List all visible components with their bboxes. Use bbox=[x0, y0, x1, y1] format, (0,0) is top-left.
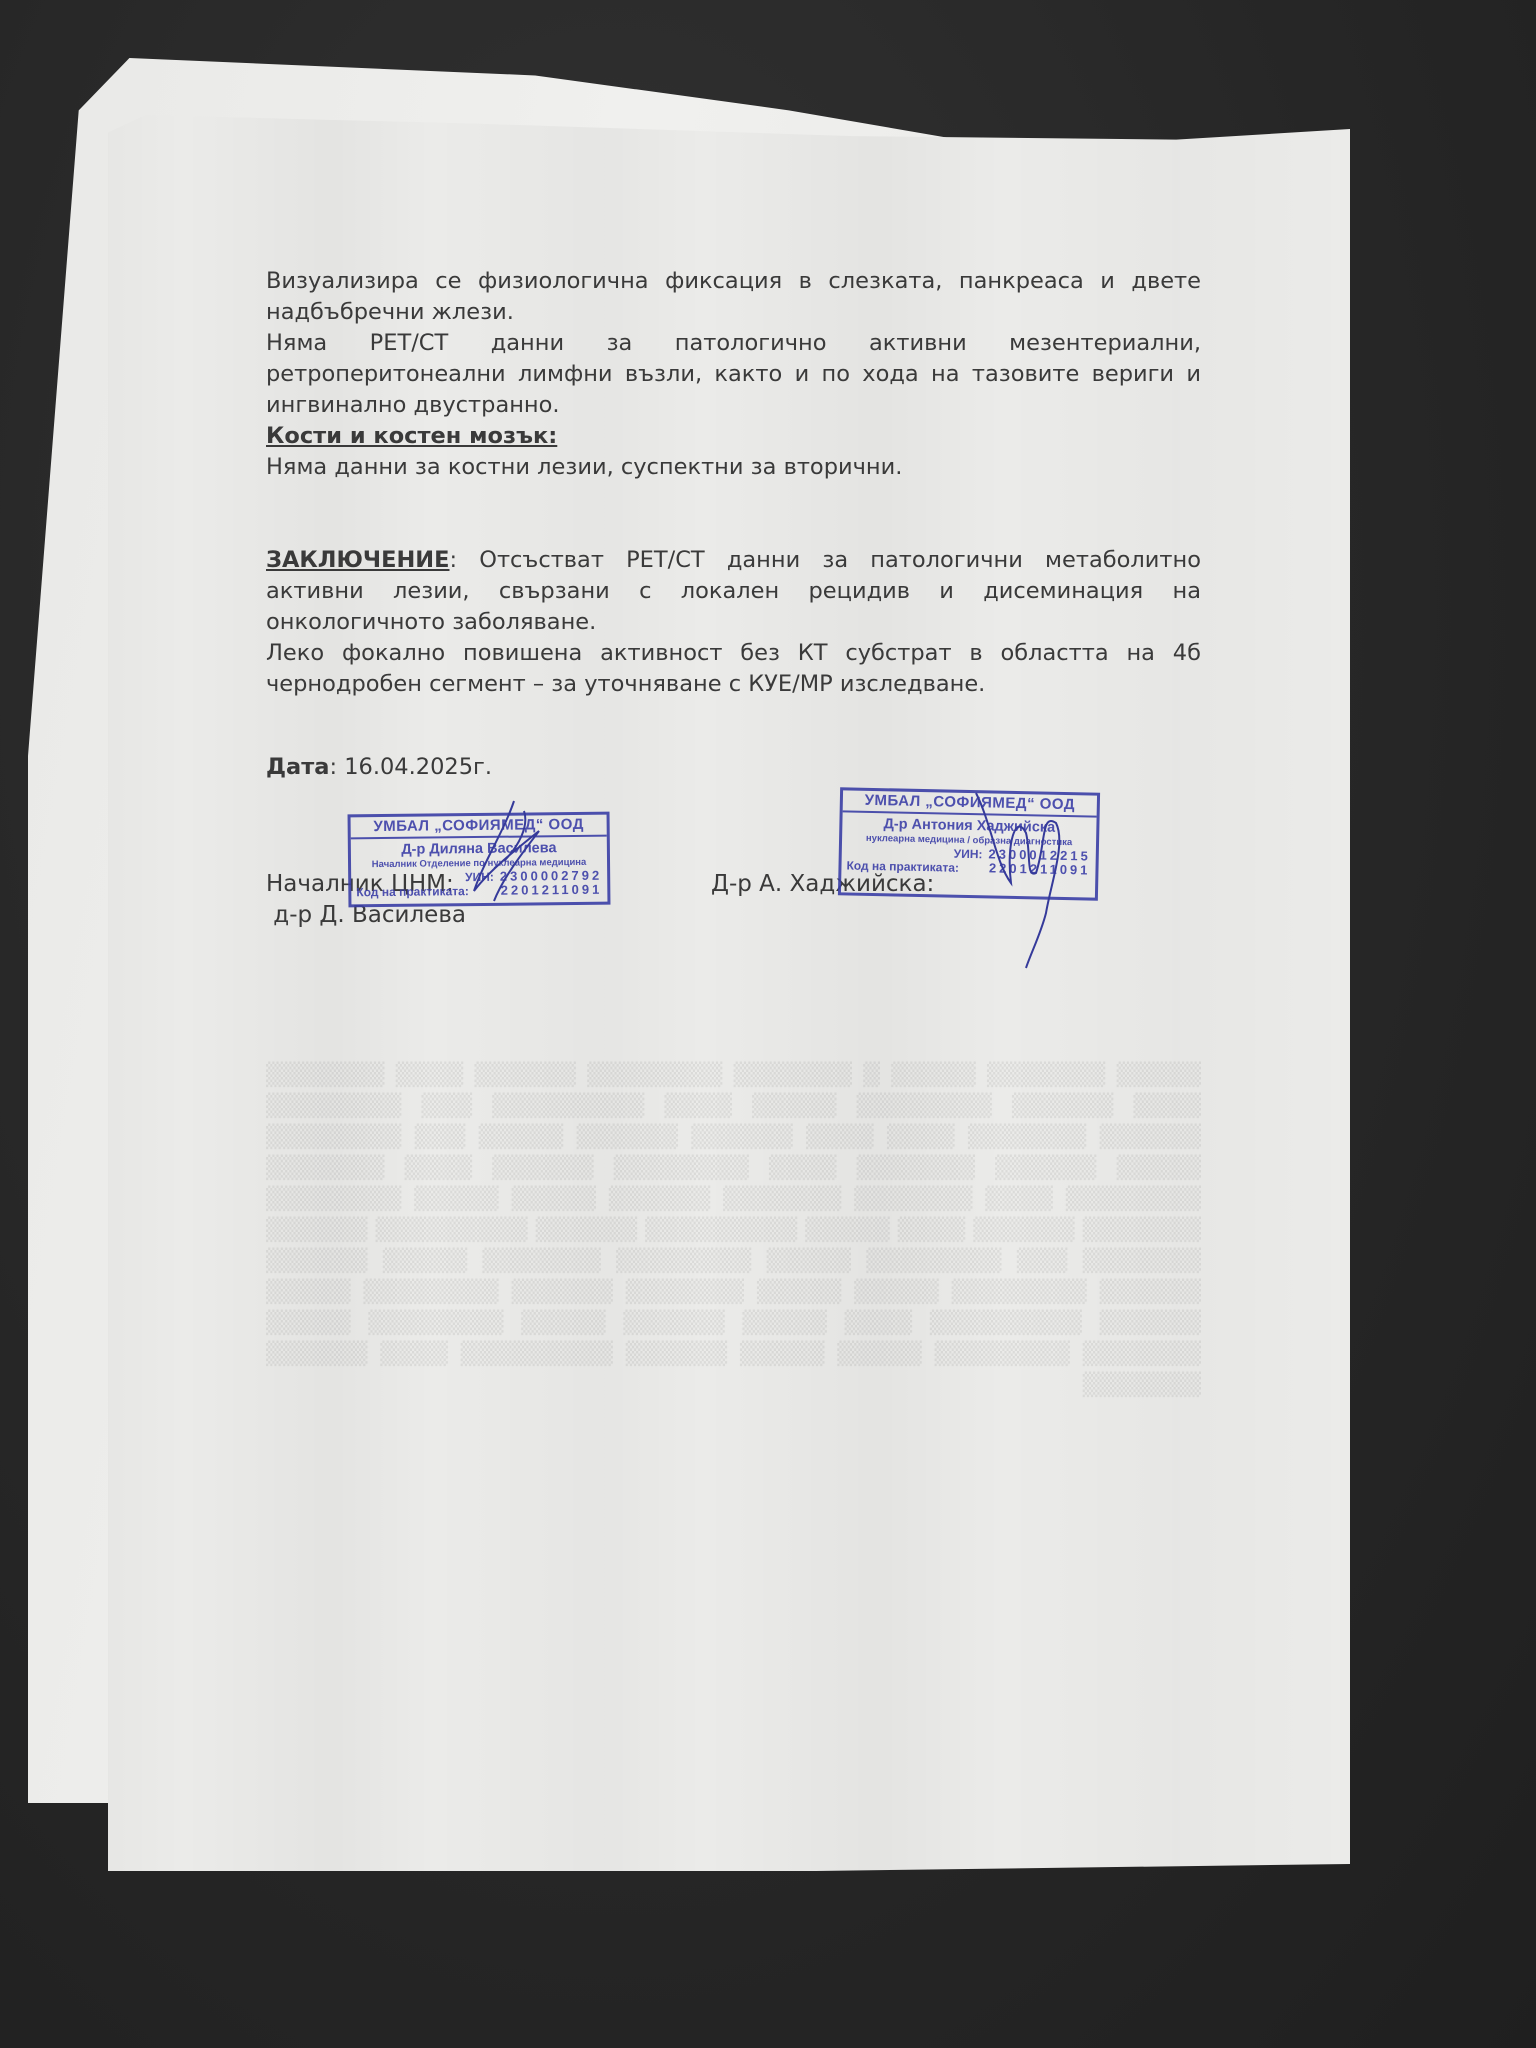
spacer bbox=[266, 483, 1201, 545]
stamp-right: УМБАЛ „СОФИЯМЕД“ ООД Д-р Антония Хаджийс… bbox=[838, 787, 1100, 900]
stamp-left-org: УМБАЛ „СОФИЯМЕД“ ООД bbox=[351, 815, 607, 840]
document-page: Визуализира се физиологична фиксация в с… bbox=[266, 266, 1201, 953]
date-separator: : bbox=[329, 754, 337, 780]
section-heading-bones: Кости и костен мозък: bbox=[266, 421, 1201, 452]
stamp-left-code-label: Код на практиката: bbox=[356, 884, 469, 899]
stamp-right-code: 2201211091 bbox=[989, 861, 1091, 877]
stamp-left: УМБАЛ „СОФИЯМЕД“ ООД Д-р Диляна Василева… bbox=[348, 812, 611, 908]
stamp-right-uin-label: УИН: bbox=[954, 847, 983, 862]
stamp-right-code-row: Код на практиката: 2201211091 bbox=[841, 858, 1095, 877]
date-label: Дата bbox=[266, 754, 329, 780]
bleed-through-text: ▒▒▒▒▒ ▒▒▒▒▒▒▒ ▒▒▒▒▒ ▒ ▒▒▒▒▒▒▒ ▒▒▒▒▒▒▒▒ ▒… bbox=[266, 1060, 1201, 1401]
conclusion-separator: : bbox=[449, 547, 457, 573]
stamp-right-org: УМБАЛ „СОФИЯМЕД“ ООД bbox=[843, 790, 1097, 817]
date-line: Дата: 16.04.2025г. bbox=[266, 752, 1201, 783]
paragraph-physiological-fixation: Визуализира се физиологична фиксация в с… bbox=[266, 266, 1201, 328]
paragraph-lymph-nodes: Няма PET/CT данни за патологично активни… bbox=[266, 328, 1201, 421]
signature-area: Началник ЦНМ: д-р Д. Василева Д-р А. Хад… bbox=[266, 813, 1201, 953]
stamp-left-code-row: Код на практиката: 2201211091 bbox=[351, 883, 607, 900]
paragraph-bones: Няма данни за костни лезии, суспектни за… bbox=[266, 452, 1201, 483]
paragraph-conclusion-followup: Леко фокално повишена активност без КТ с… bbox=[266, 638, 1201, 700]
date-value: 16.04.2025г. bbox=[337, 754, 492, 780]
paragraph-conclusion: ЗАКЛЮЧЕНИЕ: Отсъстват PET/CT данни за па… bbox=[266, 545, 1201, 638]
conclusion-label: ЗАКЛЮЧЕНИЕ bbox=[266, 547, 449, 573]
stamp-left-code: 2201211091 bbox=[501, 883, 603, 898]
spacer bbox=[266, 700, 1201, 752]
stamp-left-uin-label: УИН: bbox=[465, 870, 494, 884]
stamp-right-code-label: Код на практиката: bbox=[846, 858, 959, 874]
